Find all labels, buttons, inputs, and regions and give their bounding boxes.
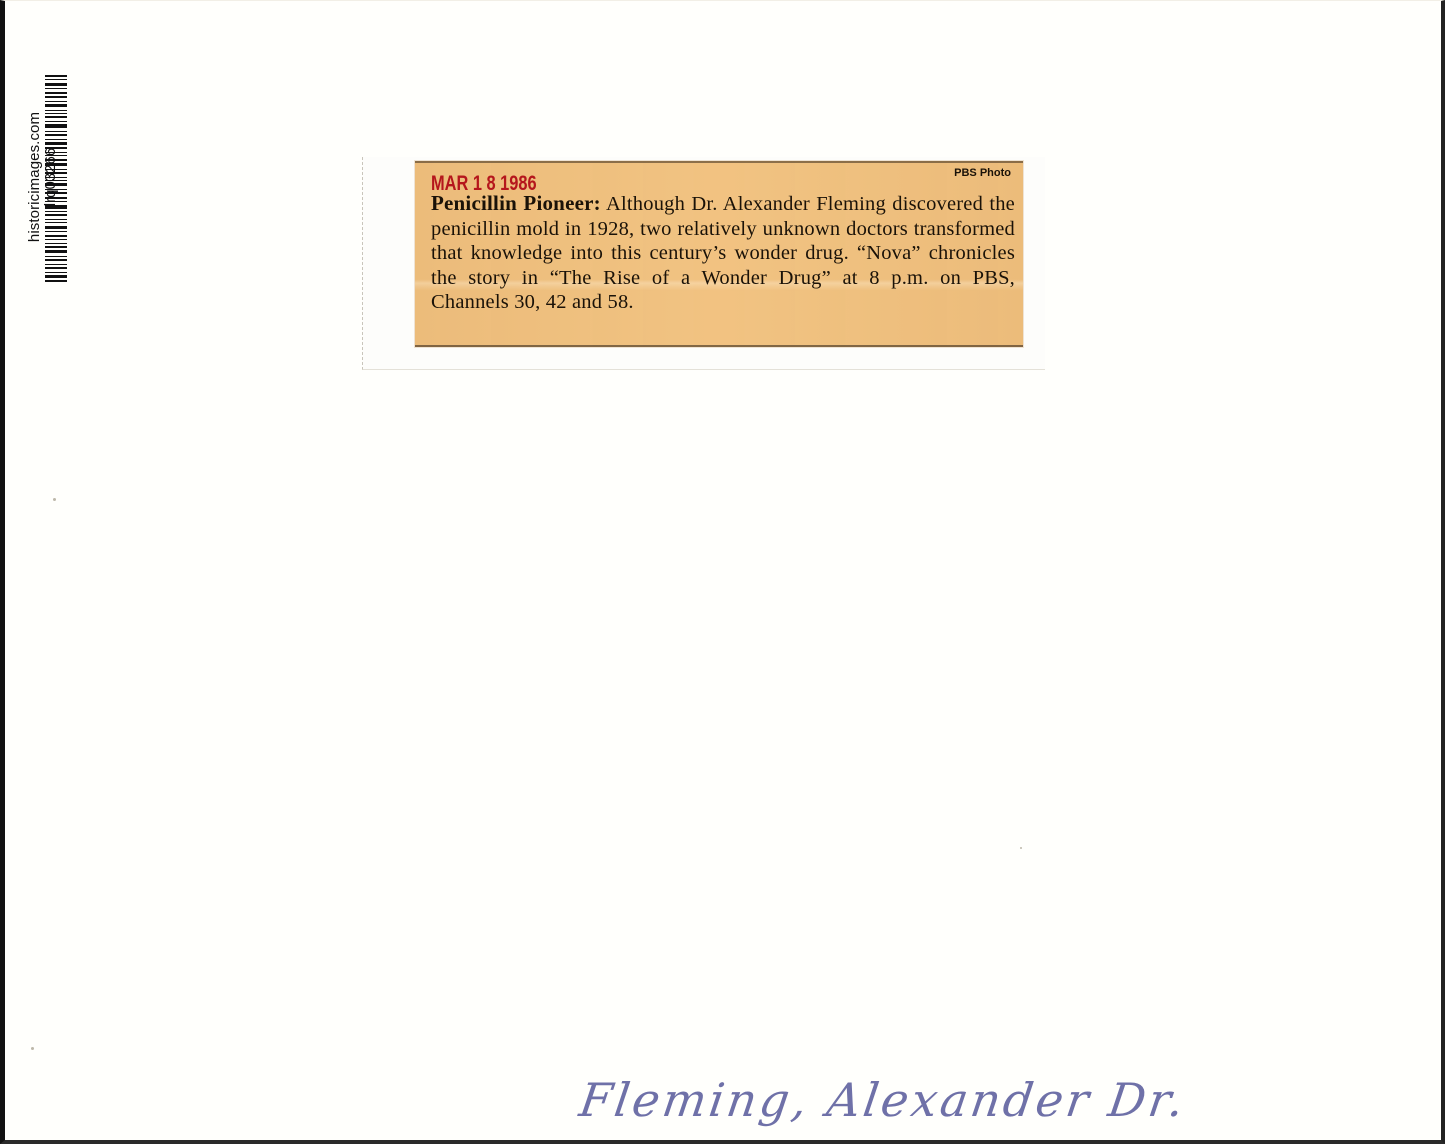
photo-credit: PBS Photo [954,167,1011,179]
archive-id-label: lrq03266 [43,148,58,206]
dust-speck [31,1047,34,1050]
handwritten-name-note: Fleming, Alexander Dr. [576,1073,1190,1127]
photo-back-page: historicimages.com lrq03266 MAR 1 8 1986… [0,0,1445,1144]
caption-headline: Penicillin Pioneer: [431,191,601,215]
archive-site-label: historicimages.com [27,112,42,242]
dust-speck [1020,847,1022,849]
dust-speck [53,498,56,501]
newspaper-clipping: MAR 1 8 1986 PBS Photo Penicillin Pionee… [415,161,1023,347]
clipping-caption: Penicillin Pioneer: Although Dr. Alexand… [431,191,1015,315]
archive-stamp: historicimages.com lrq03266 [27,71,71,283]
